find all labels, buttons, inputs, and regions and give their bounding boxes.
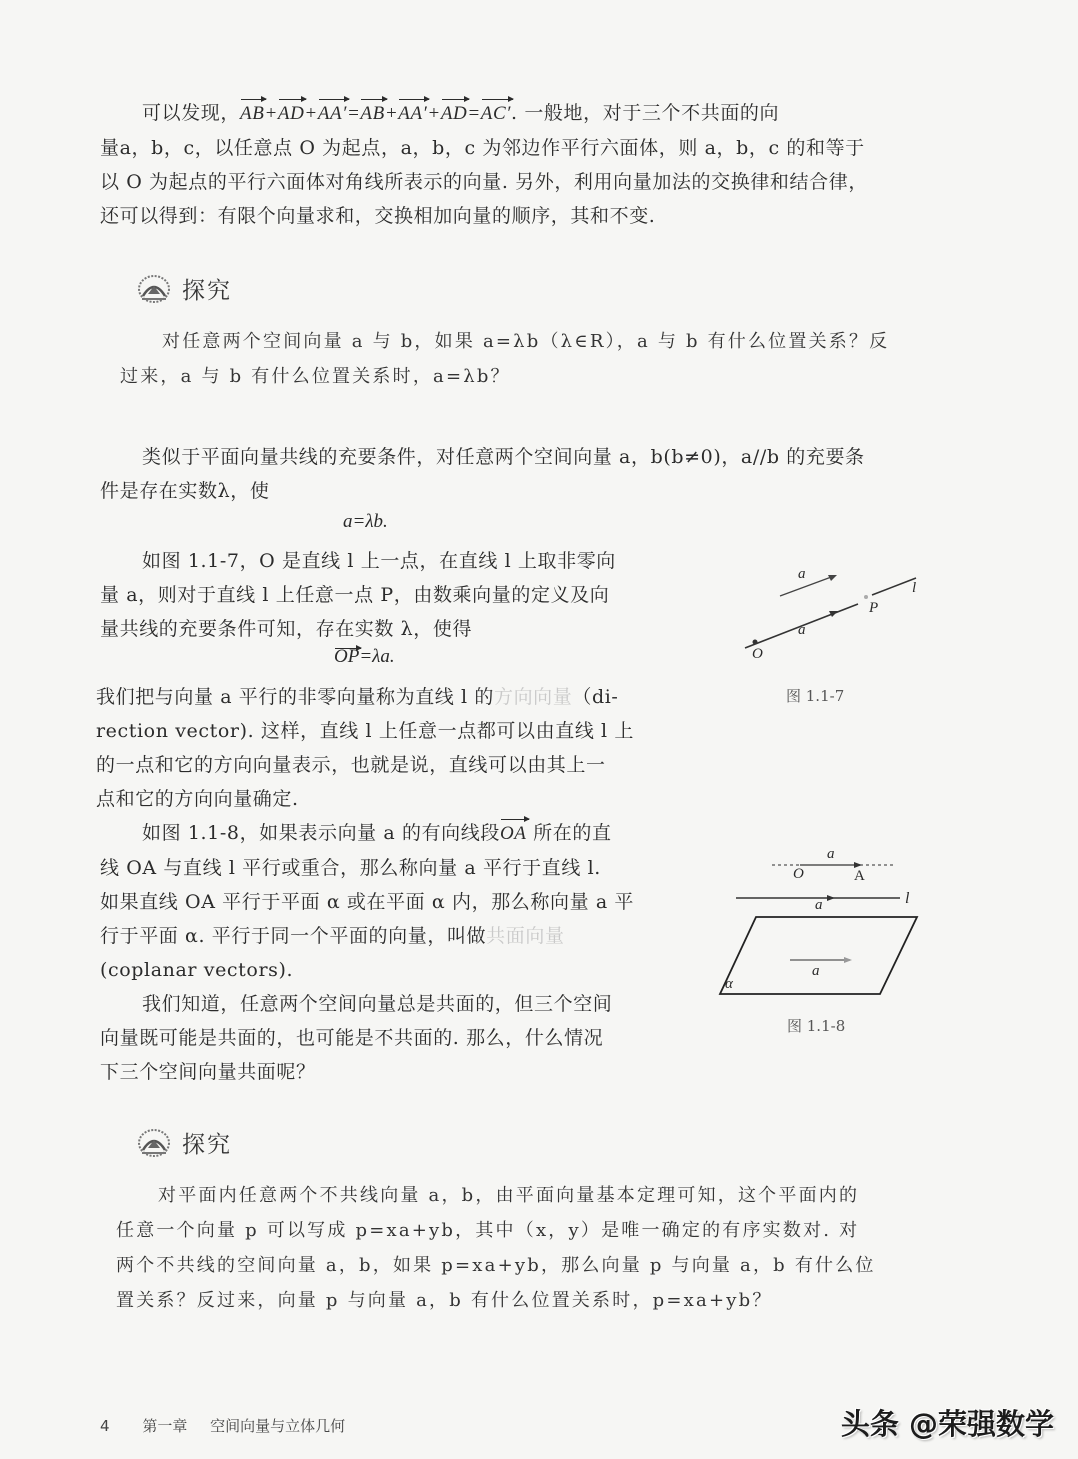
paragraph-direction-vector: 我们把与向量 a 平行的非零向量称为直线 l 的方向向量（di- rection… bbox=[96, 680, 686, 816]
label-O: O bbox=[793, 866, 804, 883]
paragraph-line: 置关系？反过来，向量 p 与向量 a，b 有什么位置关系时，p=xa+yb？ bbox=[116, 1283, 936, 1318]
figure-caption: 图 1.1-8 bbox=[787, 1015, 845, 1036]
label-P: P bbox=[869, 600, 878, 617]
paragraph-line: 对平面内任意两个不共线向量 a，b，由平面向量基本定理可知，这个平面内的 bbox=[116, 1178, 936, 1213]
paragraph-line: 以 O 为起点的平行六面体对角线所表示的向量. 另外，利用向量加法的交换律和结合… bbox=[100, 165, 980, 199]
paragraph-line: rection vector). 这样，直线 l 上任意一点都可以由直线 l 上 bbox=[96, 714, 686, 748]
label-l: l bbox=[912, 580, 916, 597]
formula-op-lambda-a: OP=λa. bbox=[334, 646, 395, 668]
paragraph-line: 对任意两个空间向量 a 与 b，如果 a=λb（λ∈R），a 与 b 有什么位置… bbox=[120, 324, 940, 359]
label-a-top: a bbox=[798, 566, 806, 583]
explore-title: 探究 bbox=[182, 272, 232, 305]
paragraph-line: 还可以得到：有限个向量求和，交换相加向量的顺序，其和不变. bbox=[100, 199, 980, 233]
paragraph-line: 两个不共线的空间向量 a，b，如果 p=xa+yb，那么向量 p 与向量 a，b… bbox=[116, 1248, 936, 1283]
paragraph-line: 过来，a 与 b 有什么位置关系时，a=λb？ bbox=[120, 359, 940, 394]
formula-a-lambda-b: a=λb. bbox=[343, 511, 388, 533]
label-alpha: α bbox=[725, 976, 733, 993]
explore-icon bbox=[136, 1128, 172, 1158]
label-a-mid: a bbox=[815, 897, 823, 914]
explore-title: 探究 bbox=[182, 1126, 232, 1159]
paragraph-line: 如图 1.1-7，O 是直线 l 上一点，在直线 l 上取非零向 bbox=[100, 544, 680, 578]
paragraph-collinear-condition: 类似于平面向量共线的充要条件，对任意两个空间向量 a，b(b≠0)，a//b 的… bbox=[100, 440, 980, 508]
label-a-bottom: a bbox=[798, 622, 806, 639]
explore-question-2: 对平面内任意两个不共线向量 a，b，由平面向量基本定理可知，这个平面内的 任意一… bbox=[116, 1178, 936, 1318]
paragraph-line: 量a，b，c，以任意点 O 为起点，a，b，c 为邻边作平行六面体，则 a，b，… bbox=[100, 131, 980, 165]
term-direction-vector: 方向向量 bbox=[494, 686, 572, 708]
paragraph-line: 下三个空间向量共面呢？ bbox=[100, 1055, 680, 1089]
textbook-page: 可以发现，AB+AD+AA′=AB+AA′+AD=AC′. 一般地，对于三个不共… bbox=[0, 0, 1078, 1459]
paragraph-line: 如果直线 OA 平行于平面 α 或在平面 α 内，那么称向量 a 平 bbox=[100, 885, 680, 919]
paragraph-three-vectors: 我们知道，任意两个空间向量总是共面的，但三个空间 向量既可能是共面的，也可能是不… bbox=[100, 987, 680, 1089]
term-coplanar-vectors: 共面向量 bbox=[486, 925, 564, 947]
chapter-label: 第一章 bbox=[142, 1417, 187, 1435]
paragraph-line: 我们把与向量 a 平行的非零向量称为直线 l 的方向向量（di- bbox=[96, 680, 686, 714]
page-footer: 4 第一章 空间向量与立体几何 bbox=[100, 1415, 345, 1436]
paragraph-line: 量 a，则对于直线 l 上任意一点 P，由数乘向量的定义及向 bbox=[100, 578, 680, 612]
label-a-plane: a bbox=[812, 963, 820, 980]
paragraph-line-direction: 如图 1.1-7，O 是直线 l 上一点，在直线 l 上取非零向 量 a，则对于… bbox=[100, 544, 680, 646]
paragraph-line: 件是存在实数λ，使 bbox=[100, 474, 980, 508]
paragraph-line: 类似于平面向量共线的充要条件，对任意两个空间向量 a，b(b≠0)，a//b 的… bbox=[100, 440, 980, 474]
figure-1-1-8: a O A a l a α 图 1.1-8 bbox=[700, 840, 940, 1050]
paragraph-line: 向量既可能是共面的，也可能是不共面的. 那么，什么情况 bbox=[100, 1021, 680, 1055]
paragraph-line: 点和它的方向向量确定. bbox=[96, 782, 686, 816]
paragraph-line: 可以发现，AB+AD+AA′=AB+AA′+AD=AC′. 一般地，对于三个不共… bbox=[100, 96, 980, 131]
figure-1-1-7: a a O P l 图 1.1-7 bbox=[720, 550, 940, 720]
label-a-top: a bbox=[827, 846, 835, 863]
explore-heading: 探究 bbox=[136, 1126, 232, 1159]
chapter-title: 空间向量与立体几何 bbox=[210, 1417, 345, 1435]
paragraph-line: (coplanar vectors). bbox=[100, 953, 680, 987]
page-number: 4 bbox=[100, 1417, 110, 1435]
label-O: O bbox=[752, 646, 763, 663]
paragraph-line: 行于平面 α. 平行于同一个平面的向量，叫做共面向量 bbox=[100, 919, 680, 953]
paragraph-line: 如图 1.1-8，如果表示向量 a 的有向线段OA 所在的直 bbox=[100, 816, 680, 851]
paragraph-line: 的一点和它的方向向量表示，也就是说，直线可以由其上一 bbox=[96, 748, 686, 782]
label-l: l bbox=[905, 890, 909, 908]
figure-plane-vector-diagram bbox=[700, 840, 940, 1010]
paragraph-line: 线 OA 与直线 l 平行或重合，那么称向量 a 平行于直线 l. bbox=[100, 851, 680, 885]
paragraph-line: 任意一个向量 p 可以写成 p=xa+yb，其中（x，y）是唯一确定的有序实数对… bbox=[116, 1213, 936, 1248]
paragraph-vector-sum: 可以发现，AB+AD+AA′=AB+AA′+AD=AC′. 一般地，对于三个不共… bbox=[100, 96, 980, 233]
label-A: A bbox=[854, 868, 865, 885]
figure-caption: 图 1.1-7 bbox=[786, 685, 844, 706]
explore-question-1: 对任意两个空间向量 a 与 b，如果 a=λb（λ∈R），a 与 b 有什么位置… bbox=[120, 324, 940, 394]
paragraph-line: 我们知道，任意两个空间向量总是共面的，但三个空间 bbox=[100, 987, 680, 1021]
paragraph-line: 量共线的充要条件可知，存在实数 λ，使得 bbox=[100, 612, 680, 646]
paragraph-coplanar-vectors: 如图 1.1-8，如果表示向量 a 的有向线段OA 所在的直 线 OA 与直线 … bbox=[100, 816, 680, 987]
watermark: 头条 @荣强数学 bbox=[841, 1402, 1054, 1443]
explore-icon bbox=[136, 274, 172, 304]
explore-heading: 探究 bbox=[136, 272, 232, 305]
